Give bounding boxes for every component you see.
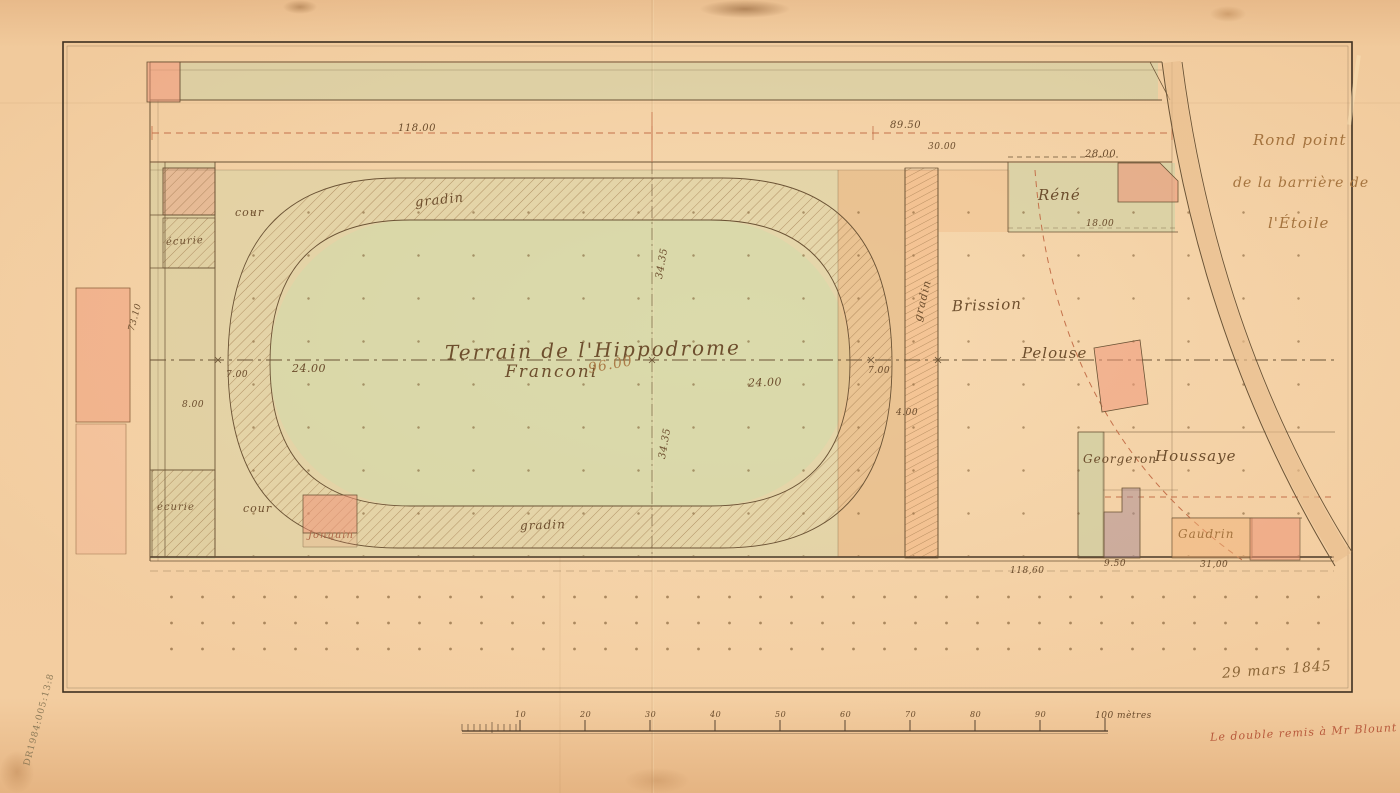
stain-bottom-center (625, 768, 689, 793)
paper-stains (0, 0, 1400, 793)
stain-top-left (283, 0, 317, 14)
stain-right-edge-tear (1347, 55, 1361, 125)
stain-top-center (700, 0, 790, 18)
archival-plan-sheet: Terrain de l'Hippodrome Franconi 96.00 R… (0, 0, 1400, 793)
stain-top-right (1210, 6, 1246, 22)
stain-bottom-left-corner (0, 688, 85, 793)
